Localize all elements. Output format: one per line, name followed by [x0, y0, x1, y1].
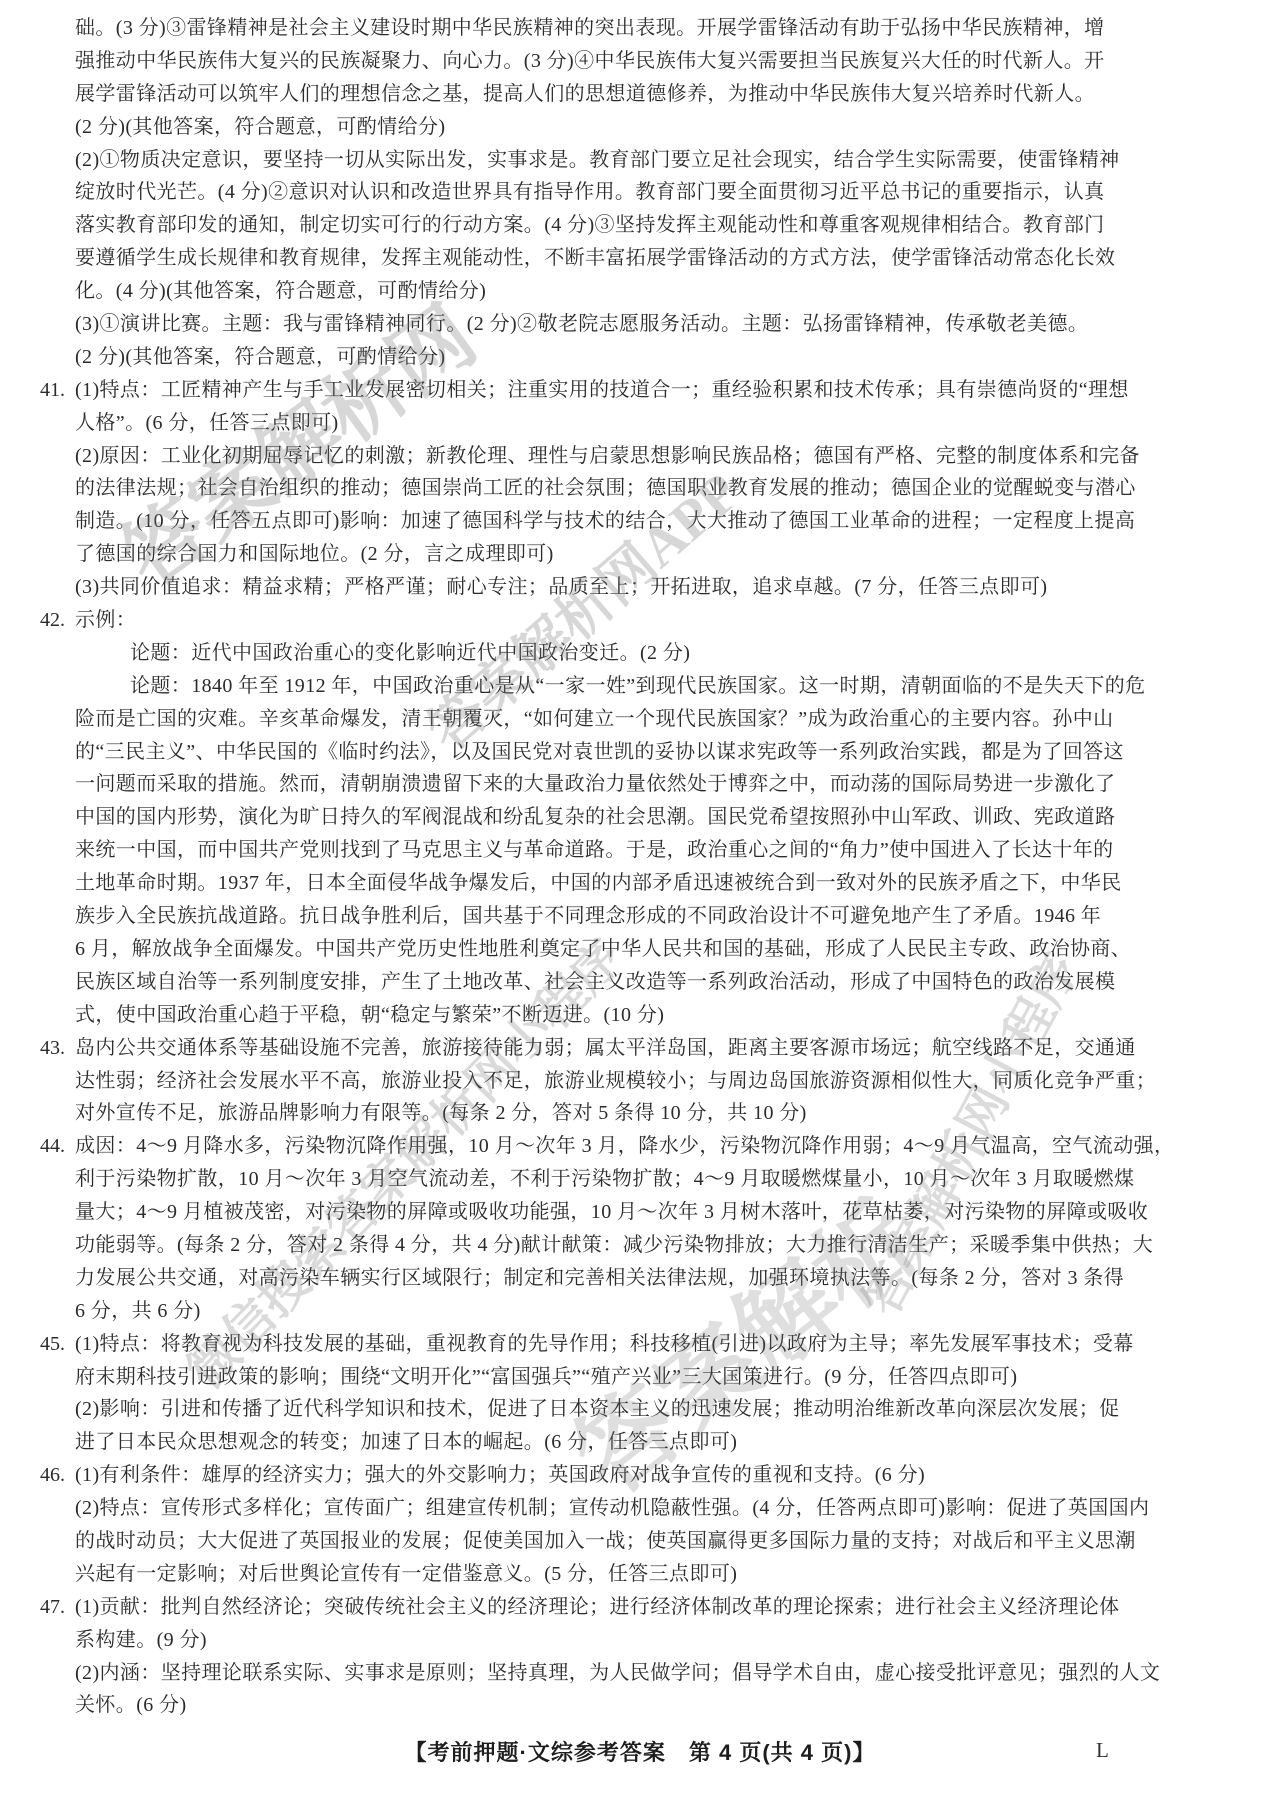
answer-line: 利于污染物扩散，10 月～次年 3 月空气流动差，不利于污染物扩散；4～9 月取… [75, 1163, 1094, 1196]
answer-line: 岛内公共交通体系等基础设施不完善，旅游接待能力弱；属太平洋岛国，距离主要客源市场… [75, 1032, 1094, 1065]
page-footer: 【考前押题·文综参考答案 第 4 页(共 4 页)】 [0, 1736, 1280, 1767]
answer-blocks: 础。(3 分)③雷锋精神是社会主义建设时期中华民族精神的突出表现。开展学雷锋活动… [40, 12, 1094, 1722]
answer-line: 6 月，解放战争全面爆发。中国共产党历史性地胜利奠定了中华人民共和国的基础，形成… [75, 933, 1094, 966]
answer-line: 功能弱等。(每条 2 分，答对 2 条得 4 分，共 4 分)献计献策：减少污染… [75, 1229, 1094, 1262]
answer-line: (2)①物质决定意识，要坚持一切从实际出发，实事求是。教育部门要立足社会现实，结… [75, 144, 1094, 177]
answer-line: 础。(3 分)③雷锋精神是社会主义建设时期中华民族精神的突出表现。开展学雷锋活动… [75, 12, 1094, 45]
answer-block-lines: (1)有利条件：雄厚的经济实力；强大的外交影响力；英国政府对战争宣传的重视和支持… [75, 1459, 1094, 1591]
answer-line: 力发展公共交通，对高污染车辆实行区域限行；制定和完善相关法律法规，加强环境执法等… [75, 1262, 1094, 1295]
answer-line: 的法律法规；社会自治组织的推动；德国崇尚工匠的社会氛围；德国职业教育发展的推动；… [75, 472, 1094, 505]
answer-line: 府末期科技引进政策的影响；围绕“文明开化”“富国强兵”“殖产兴业”三大国策进行。… [75, 1361, 1094, 1394]
answer-line: 族步入全民族抗战道路。抗日战争胜利后，国共基于不同理念形成的不同政治设计不可避免… [75, 900, 1094, 933]
answer-line: 了德国的综合国力和国际地位。(2 分，言之成理即可) [75, 538, 1094, 571]
answer-line: (1)贡献：批判自然经济论；突破传统社会主义的经济理论；进行经济体制改革的理论探… [75, 1591, 1094, 1624]
answer-line: 土地革命时期。1937 年，日本全面侵华战争爆发后，中国的内部矛盾迅速被统合到一… [75, 867, 1094, 900]
answer-sheet-page: 础。(3 分)③雷锋精神是社会主义建设时期中华民族精神的突出表现。开展学雷锋活动… [0, 0, 1280, 1796]
question-number: 46. [40, 1459, 74, 1492]
answer-block-lines: (1)特点：将教育视为科技发展的基础，重视教育的先导作用；科技移植(引进)以政府… [75, 1328, 1094, 1460]
answer-line: 进了日本民众思想观念的转变；加速了日本的崛起。(6 分，任答三点即可) [75, 1426, 1094, 1459]
answer-line: 强推动中华民族伟大复兴的民族凝聚力、向心力。(3 分)④中华民族伟大复兴需要担当… [75, 45, 1094, 78]
answer-line: 化。(4 分)(其他答案，符合题意，可酌情给分) [75, 275, 1094, 308]
answer-line: 的“三民主义”、中华民国的《临时约法》，以及国民党对袁世凯的妥协以谋求宪政等一系… [75, 736, 1094, 769]
answer-line: 成因：4～9 月降水多，污染物沉降作用强，10 月～次年 3 月，降水少，污染物… [75, 1130, 1094, 1163]
question-number: 43. [40, 1032, 74, 1065]
answer-line: 兴起有一定影响；对后世舆论宣传有一定借鉴意义。(5 分，任答三点即可) [75, 1558, 1094, 1591]
answer-line: (2)原因：工业化初期屈辱记忆的刺激；新教伦理、理性与启蒙思想影响民族品格；德国… [75, 440, 1094, 473]
answer-line: 民族区域自治等一系列制度安排，产生了土地改革、社会主义改造等一系列政治活动，形成… [75, 966, 1094, 999]
answer-line: 量大；4～9 月植被茂密，对污染物的屏障或吸收功能强，10 月～次年 3 月树木… [75, 1196, 1094, 1229]
corner-mark: L [1096, 1738, 1109, 1763]
answer-line: (2)影响：引进和传播了近代科学知识和技术，促进了日本资本主义的迅速发展；推动明… [75, 1393, 1094, 1426]
answer-block: 础。(3 分)③雷锋精神是社会主义建设时期中华民族精神的突出表现。开展学雷锋活动… [40, 12, 1094, 374]
answer-line: 展学雷锋活动可以筑牢人们的理想信念之基，提高人们的思想道德修养，为推动中华民族伟… [75, 78, 1094, 111]
question-number: 42. [40, 604, 74, 637]
question-number: 45. [40, 1328, 74, 1361]
answer-line: 制造。(10 分，任答五点即可)影响：加速了德国科学与技术的结合，大大推动了德国… [75, 505, 1094, 538]
answer-line: 的战时动员；大大促进了英国报业的发展；促使美国加入一战；使英国赢得更多国际力量的… [75, 1525, 1094, 1558]
answer-line: (1)特点：将教育视为科技发展的基础，重视教育的先导作用；科技移植(引进)以政府… [75, 1328, 1094, 1361]
answer-block: 46.(1)有利条件：雄厚的经济实力；强大的外交影响力；英国政府对战争宣传的重视… [40, 1459, 1094, 1591]
answer-line: 论题：近代中国政治重心的变化影响近代中国政治变迁。(2 分) [75, 637, 1094, 670]
answer-line: (2 分)(其他答案，符合题意，可酌情给分) [75, 111, 1094, 144]
answer-block-lines: 础。(3 分)③雷锋精神是社会主义建设时期中华民族精神的突出表现。开展学雷锋活动… [75, 12, 1094, 374]
answer-block-lines: 示例：论题：近代中国政治重心的变化影响近代中国政治变迁。(2 分)论题：1840… [75, 604, 1094, 1032]
answer-line: 人格”。(6 分，任答三点即可) [75, 407, 1094, 440]
answer-line: (2 分)(其他答案，符合题意，可酌情给分) [75, 341, 1094, 374]
answer-block: 44.成因：4～9 月降水多，污染物沉降作用强，10 月～次年 3 月，降水少，… [40, 1130, 1094, 1327]
answer-line: (1)特点：工匠精神产生与手工业发展密切相关；注重实用的技道合一；重经验积累和技… [75, 374, 1094, 407]
answer-block-lines: 成因：4～9 月降水多，污染物沉降作用强，10 月～次年 3 月，降水少，污染物… [75, 1130, 1094, 1327]
answer-line: 对外宣传不足，旅游品牌影响力有限等。(每条 2 分，答对 5 条得 10 分，共… [75, 1097, 1094, 1130]
answer-line: 关怀。(6 分) [75, 1689, 1094, 1722]
answer-block: 47.(1)贡献：批判自然经济论；突破传统社会主义的经济理论；进行经济体制改革的… [40, 1591, 1094, 1723]
answer-line: 达性弱；经济社会发展水平不高，旅游业投入不足，旅游业规模较小；与周边岛国旅游资源… [75, 1065, 1094, 1098]
answer-line: 式，使中国政治重心趋于平稳，朝“稳定与繁荣”不断迈进。(10 分) [75, 999, 1094, 1032]
answer-block-lines: 岛内公共交通体系等基础设施不完善，旅游接待能力弱；属太平洋岛国，距离主要客源市场… [75, 1032, 1094, 1131]
answer-block-lines: (1)贡献：批判自然经济论；突破传统社会主义的经济理论；进行经济体制改革的理论探… [75, 1591, 1094, 1723]
answer-line: (1)有利条件：雄厚的经济实力；强大的外交影响力；英国政府对战争宣传的重视和支持… [75, 1459, 1094, 1492]
question-number: 47. [40, 1591, 74, 1624]
answer-line: (2)内涵：坚持理论联系实际、实事求是原则；坚持真理，为人民做学问；倡导学术自由… [75, 1657, 1094, 1690]
answer-line: 绽放时代光芒。(4 分)②意识对认识和改造世界具有指导作用。教育部门要全面贯彻习… [75, 176, 1094, 209]
answer-block: 41.(1)特点：工匠精神产生与手工业发展密切相关；注重实用的技道合一；重经验积… [40, 374, 1094, 604]
answer-line: 来统一中国，而中国共产党则找到了马克思主义与革命道路。于是，政治重心之间的“角力… [75, 834, 1094, 867]
answer-block: 43.岛内公共交通体系等基础设施不完善，旅游接待能力弱；属太平洋岛国，距离主要客… [40, 1032, 1094, 1131]
answer-block-lines: (1)特点：工匠精神产生与手工业发展密切相关；注重实用的技道合一；重经验积累和技… [75, 374, 1094, 604]
answer-line: 险而是亡国的灾难。辛亥革命爆发，清王朝覆灭，“如何建立一个现代民族国家？”成为政… [75, 703, 1094, 736]
question-number [40, 12, 74, 45]
answer-line: 一问题而采取的措施。然而，清朝崩溃遗留下来的大量政治力量依然处于博弈之中，而动荡… [75, 768, 1094, 801]
answer-block: 42.示例：论题：近代中国政治重心的变化影响近代中国政治变迁。(2 分)论题：1… [40, 604, 1094, 1032]
answer-line: (2)特点：宣传形式多样化；宣传面广；组建宣传机制；宣传动机隐蔽性强。(4 分，… [75, 1492, 1094, 1525]
answer-line: 中国的国内形势，演化为旷日持久的军阀混战和纷乱复杂的社会思潮。国民党希望按照孙中… [75, 801, 1094, 834]
question-number: 41. [40, 374, 74, 407]
answer-line: 要遵循学生成长规律和教育规律，发挥主观能动性，不断丰富拓展学雷锋活动的方式方法，… [75, 242, 1094, 275]
question-number: 44. [40, 1130, 74, 1163]
answer-line: 论题：1840 年至 1912 年，中国政治重心是从“一家一姓”到现代民族国家。… [75, 670, 1094, 703]
answer-block: 45.(1)特点：将教育视为科技发展的基础，重视教育的先导作用；科技移植(引进)… [40, 1328, 1094, 1460]
answer-line: (3)①演讲比赛。主题：我与雷锋精神同行。(2 分)②敬老院志愿服务活动。主题：… [75, 308, 1094, 341]
answer-line: (3)共同价值追求：精益求精；严格严谨；耐心专注；品质至上；开拓进取，追求卓越。… [75, 571, 1094, 604]
answer-line: 6 分，共 6 分) [75, 1295, 1094, 1328]
answer-line: 落实教育部印发的通知，制定切实可行的行动方案。(4 分)③坚持发挥主观能动性和尊… [75, 209, 1094, 242]
answer-line: 示例： [75, 604, 1094, 637]
answer-line: 系构建。(9 分) [75, 1624, 1094, 1657]
